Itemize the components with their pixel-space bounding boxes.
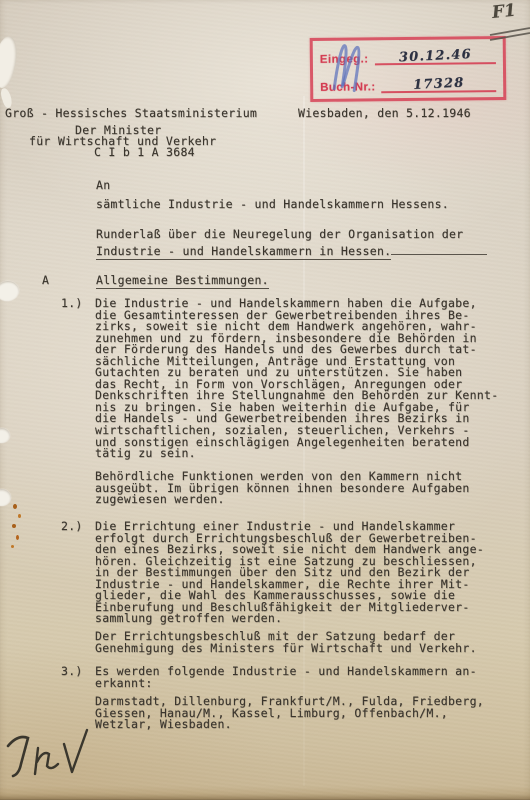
subject-line1: Runderlaß über die Neuregelung der Organ… xyxy=(96,229,463,241)
stamp-received-value: 30.12.46 xyxy=(398,47,472,65)
received-stamp: Eingeg.: 30.12.46 Buch-Nr.: 17328 xyxy=(310,36,507,102)
rust-spot xyxy=(13,504,17,509)
recipient-addressee: sämtliche Industrie - und Handelskammern… xyxy=(96,199,449,211)
stamp-received-row: Eingeg.: 30.12.46 xyxy=(320,43,496,66)
letterhead-place-date: Wiesbaden, den 5.12.1946 xyxy=(298,108,471,120)
item-paragraph: Die Industrie - und Handelskammern haben… xyxy=(95,298,498,460)
recipient-salutation: An xyxy=(96,180,110,192)
item-number: 2.) xyxy=(61,521,83,533)
item-paragraph: Es werden folgende Industrie - und Hande… xyxy=(95,666,477,689)
rust-spot xyxy=(11,545,14,548)
letterhead-file-reference: C I b 1 A 3684 xyxy=(94,147,195,159)
stamp-received-label: Eingeg.: xyxy=(320,53,369,66)
stamp-book-number-field: 17328 xyxy=(381,71,496,93)
rust-spot xyxy=(12,524,16,528)
pencil-underline xyxy=(488,25,530,41)
pencil-mark-f1: F1 xyxy=(491,0,530,23)
section-heading: Allgemeine Bestimmungen. xyxy=(96,275,269,289)
document-page: Eingeg.: 30.12.46 Buch-Nr.: 17328 F1 Gro… xyxy=(0,0,530,800)
stamp-received-field: 30.12.46 xyxy=(374,43,496,65)
paper-tear xyxy=(0,34,22,90)
stamp-book-number-label: Buch-Nr.: xyxy=(320,81,375,94)
punch-hole xyxy=(0,279,20,302)
letterhead-office-line1: Groß - Hessisches Staatsministerium xyxy=(5,108,257,120)
subject-line2-text: Industrie - und Handelskammern in Hessen… xyxy=(96,246,391,260)
subject-line2: Industrie - und Handelskammern in Hessen… xyxy=(96,243,487,260)
item-paragraph: Der Errichtungsbeschluß mit der Satzung … xyxy=(95,631,477,654)
item-paragraph: Die Errichtung einer Industrie - und Han… xyxy=(95,521,484,625)
item-paragraph: Behördliche Funktionen werden von den Ka… xyxy=(95,471,470,506)
rust-spot xyxy=(16,535,19,540)
rust-spot xyxy=(18,514,21,518)
section-heading-text: Allgemeine Bestimmungen. xyxy=(96,275,269,289)
subject-underline-tail xyxy=(391,243,487,255)
item-number: 1.) xyxy=(61,298,83,310)
stamp-book-number-value: 17328 xyxy=(413,76,465,93)
handwritten-bottom-mark xyxy=(2,726,94,788)
punch-hole xyxy=(0,489,11,506)
stamp-book-number-row: Buch-Nr.: 17328 xyxy=(320,71,496,94)
section-marker: A xyxy=(42,275,49,287)
item-paragraph: Darmstadt, Dillenburg, Frankfurt/M., Ful… xyxy=(95,696,484,731)
item-number: 3.) xyxy=(61,666,83,678)
punch-hole xyxy=(0,428,10,443)
